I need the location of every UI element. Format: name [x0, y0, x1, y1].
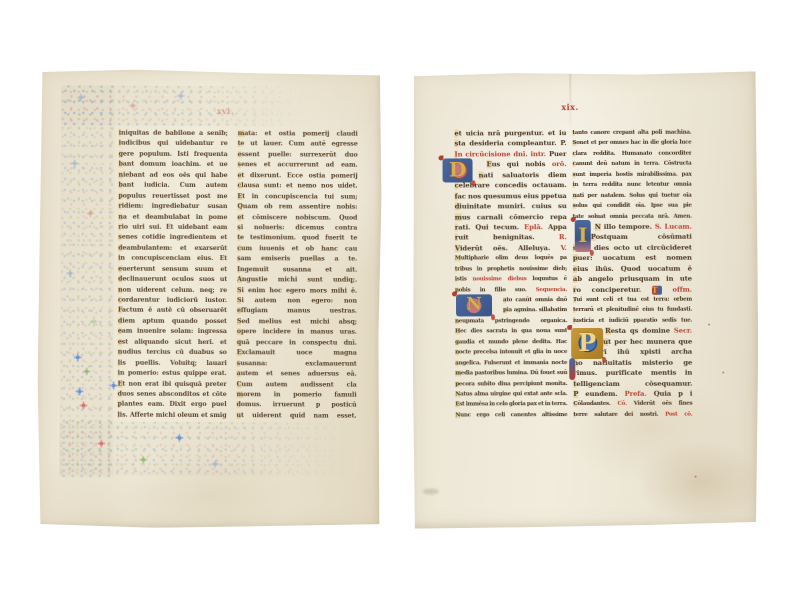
manuscript-text-line: pecora subito diua percipiunt monita.	[455, 379, 567, 390]
manuscript-text-line: iusticia et iudiciū pparatio sedis tue.	[573, 316, 692, 327]
body-text: pecora subito diua percipiunt monita.	[455, 381, 567, 387]
body-text: Factum ē autē cū obseruarēt	[118, 307, 227, 314]
manuscript-text-line: et cōmiscere nobiscum. Quod	[237, 213, 357, 224]
illuminated-initial-d: D	[443, 158, 473, 182]
manuscript-text-line: tanto canore crepant alta poli machina.	[572, 128, 691, 139]
body-text: ut uiderent quid nam esset.	[236, 412, 356, 420]
manuscript-text-line: media pastoribus lumina. Dū fouet suū	[455, 368, 567, 379]
manuscript-text-line: plantes eam. Dixit ergo puel	[118, 400, 227, 411]
body-text: euerterunt sensum suum et	[118, 265, 227, 272]
manuscript-text-line: in concupiscenciam eius. Et	[118, 254, 227, 265]
text-column-left-1: iniquitas de babilone a senib;iudicibus …	[117, 129, 227, 422]
manuscript-text-line: quā peccare in conspectu dnī.	[237, 338, 357, 349]
manuscript-text-line: opere incidere in manus uras.	[237, 327, 357, 338]
body-text: et cōmiscere nobiscum. Quod	[237, 214, 357, 222]
body-text: Hec dies sacrata in qua noua sunt	[455, 328, 567, 334]
manuscript-text-line: Factum ē autē cū obseruarēt	[118, 306, 227, 317]
manuscript-text-line: P eundem. Prefa. Quia p i	[573, 389, 692, 400]
body-text: gere populum. Isti frequenta	[119, 150, 228, 157]
manuscript-text-line: Multipharie olim deus loquēs pa	[455, 253, 567, 264]
manuscript-text-line: sam emiseris puellas a te.	[237, 254, 357, 265]
body-text: nati saluatoris diem	[479, 171, 567, 179]
body-text: Si autem non egero: non	[237, 297, 357, 305]
text-column-left-2: mata: et ostia pomerij claudite ut lauer…	[236, 129, 357, 422]
body-text: clausa sunt: et nemo nos uidet.	[237, 182, 357, 190]
body-text: no natiuitatis misterio ge	[573, 358, 692, 366]
manuscript-text-line: morem in pomerio famuli	[237, 390, 357, 401]
manuscript-text-line: bant iudicia. Cum autem	[118, 181, 227, 192]
flower-ornament	[179, 94, 183, 98]
body-text: canunt deū natum in terra. Cōstructa	[573, 161, 692, 167]
manuscript-text-line: et dixerunt. Ecce ostia pomerij	[238, 171, 358, 182]
body-text: ut per hec munera que	[603, 337, 692, 345]
manuscript-text-line: Exclamauit uoce magna	[237, 348, 357, 359]
body-text: lis puellis. Voluitq; lauari	[118, 359, 227, 366]
body-text: morem in pomerio famuli	[237, 391, 357, 399]
body-text: et dixerunt. Ecce ostia pomerij	[238, 172, 358, 180]
body-text: senes cotidie ingredientem et	[118, 234, 227, 241]
body-text: mus carnali cōmercio repa	[455, 213, 567, 221]
body-text: Nunc ergo celi canentes altissime iubila…	[455, 412, 567, 421]
left-manuscript-leaf: xvi. iniquitas de babilone a senib;iudic…	[37, 69, 382, 528]
manuscript-text-line: cum iuuenis et ob hanc cau	[237, 244, 357, 255]
body-text: lis. Afferte michi oleum et smig	[117, 411, 226, 418]
body-text: terrarū et plenitudinē eius tu fundasti.	[573, 307, 692, 313]
body-text: Est immēsa in celo gloria pax et in terr…	[455, 401, 567, 407]
body-text: Natus alma uirgine qui extat ante scla.	[455, 391, 567, 397]
body-text: sunt imperia hostis mirabilissima. pax	[573, 171, 692, 177]
flower-ornament	[213, 462, 217, 466]
body-text: Quam ob rem assentire nobis:	[237, 203, 357, 211]
foxing-speck	[708, 324, 710, 326]
manuscript-text-line: neupmata pstringendo organica.	[455, 316, 567, 327]
body-text: tanto canore crepant alta poli machina.	[572, 130, 691, 136]
body-text: eius ihūs. Quod uocatum ē	[573, 264, 692, 272]
body-text: Multipharie olim deus loquēs pa	[455, 255, 567, 261]
illuminated-initial-i: I	[575, 220, 591, 252]
rubric-text: Eplā.	[524, 223, 548, 231]
body-text: ab angelo priusquam in ute	[573, 275, 692, 283]
folio-number: xix.	[561, 102, 578, 112]
manuscript-text-line: ut uiderent quid nam esset.	[236, 411, 356, 422]
pencil-smudge	[423, 489, 439, 495]
body-text: Et in concupiscencia tui sum;	[237, 193, 357, 201]
body-text: bant domum ioachim. et ue	[119, 161, 228, 168]
body-text: nati per natalem. Solus qui tuetur oīa	[573, 192, 692, 198]
body-text: rio uiri sui. Et uidebant eam	[118, 224, 227, 231]
manuscript-text-line: Si autem non egero: non	[237, 296, 357, 307]
manuscript-text-line: susanna: exclamauerunt	[237, 359, 357, 370]
manuscript-text-line: Sonet et per omnes hac in die gloria luc…	[572, 138, 691, 149]
body-text: et uicia nrā purgentur. et iu	[454, 129, 566, 137]
body-text: Eus qui nobis	[487, 160, 552, 168]
flower-ornament	[88, 211, 92, 215]
body-text: ato canūt omnia dnō	[503, 297, 567, 303]
manuscript-text-line: euerterunt sensum suum et	[118, 264, 227, 275]
body-text: in pomerio: estus quippe erat.	[118, 370, 227, 377]
body-text: Sonet et per omnes hac in die gloria luc…	[572, 140, 691, 146]
manuscript-text-line: diuinitate muniri. cuius su	[455, 201, 567, 212]
manuscript-text-line: ruit benignitas. R.	[455, 232, 567, 243]
flower-ornament	[73, 161, 77, 165]
manuscript-text-line: na et deambulabat in pome	[118, 212, 227, 223]
manuscript-text-line: Hec dies sacrata in qua noua sunt	[455, 326, 567, 337]
body-text: si nolueris: dicemus contra	[237, 224, 357, 232]
manuscript-text-line: sta desideria compleantur. P.	[454, 139, 566, 150]
body-text: rati. Qui tecum.	[455, 223, 524, 231]
body-text: opere incidere in manus uras.	[237, 328, 357, 336]
body-text: diuinitate muniri. cuius su	[455, 202, 567, 210]
body-text: essent puelle: surrexerūt duo	[238, 151, 358, 159]
body-text: nudius tercius cū duabus so	[118, 349, 227, 356]
body-text: autem et senes aduersus eā.	[237, 370, 357, 378]
body-text: nobis in filio suo.	[455, 287, 536, 293]
manuscript-text-line: non uiderent celum. neq; re	[118, 285, 227, 296]
manuscript-text-line: rati. Qui tecum. Eplā. Appa	[455, 222, 567, 233]
manuscript-text-line: istis nouissime diebus loquutus ē	[455, 274, 567, 285]
body-text: tate soluat omnia peccata nrā. Amen.	[573, 213, 692, 219]
manuscript-text-line: gaudia et mundo plene dedita. Hac	[455, 337, 567, 348]
manuscript-text-line: sunt imperia hostis mirabilissima. pax	[573, 169, 692, 180]
body-text: Quia p i	[654, 390, 693, 398]
manuscript-text-line: Cōlaudantes. Cō. Viderūt oēs fines	[573, 399, 692, 410]
flower-ornament	[177, 436, 181, 440]
body-text: solus qui condidit oīa. Ipse sua pie	[573, 203, 692, 209]
initial-p-flourish	[569, 358, 575, 380]
manuscript-text-line: ro conciperetur. T offm.	[573, 284, 692, 295]
body-text: senes et accurrerunt ad eam.	[238, 161, 358, 169]
body-text: cum iuuenis et ob hanc cau	[237, 245, 357, 253]
body-text: media pastoribus lumina. Dū fouet suū	[455, 370, 567, 376]
floral-border-bottom	[59, 421, 355, 476]
body-text: effugiam manus uestras.	[237, 308, 357, 316]
body-text: ro conciperetur.	[573, 285, 652, 293]
body-text: Et non erat ibi quisquā preter	[118, 380, 227, 387]
rubric-text: orō.	[552, 160, 567, 168]
body-text: Angustie michi sunt undiq;.	[237, 276, 357, 284]
manuscript-text-line: Cum autem audissent cla	[237, 380, 357, 391]
manuscript-text-line: rio uiri sui. Et uidebant eam	[118, 223, 227, 234]
body-text: bant iudicia. Cum autem	[118, 182, 227, 189]
body-text: Exclamauit uoce magna	[237, 349, 357, 357]
manuscript-text-line: ridiem: ingrediebatur susan	[118, 202, 227, 213]
body-text: quā peccare in conspectu dnī.	[237, 339, 357, 347]
rubric-text: V.	[561, 244, 567, 252]
body-text: duos senes absconditos et cōte	[118, 391, 227, 398]
body-text: Cum autem audissent cla	[237, 381, 357, 389]
body-text: in concupiscenciam eius. Et	[118, 255, 227, 262]
body-text: declinauerunt oculos suos ut	[118, 276, 227, 283]
foxing-speck	[722, 372, 724, 374]
manuscript-text-line: Quam ob rem assentire nobis:	[237, 202, 357, 213]
body-text: loquutus ē	[526, 276, 566, 282]
body-text: te ut lauer. Cum autē egresse	[238, 141, 358, 149]
body-text: eam inuenire solam: ingressa	[118, 328, 227, 335]
manuscript-text-line: lis. Afferte michi oleum et smig	[117, 410, 226, 421]
manuscript-text-line: rimus. purificate mentis in	[573, 368, 692, 379]
manuscript-text-line: terre salutare dei nostri. Post cō.	[573, 409, 692, 420]
body-text: istis	[455, 277, 473, 283]
body-text: ruit benignitas.	[455, 233, 559, 241]
body-text: pia agmina. sillabatim	[503, 308, 567, 314]
rubric-text: S. Lucam.	[655, 223, 692, 231]
body-text: nocte precelsa intonuit et glia in uoce	[455, 349, 567, 355]
rubric-text: Cō.	[618, 401, 634, 407]
flower-ornament	[82, 403, 86, 407]
manuscript-text-line: nati per natalem. Solus qui tuetur oīa	[573, 190, 692, 201]
flower-ornament	[131, 104, 135, 108]
body-text: fac nos quesumus eius ppetua	[455, 192, 567, 200]
manuscript-text-line: mus carnali cōmercio repa	[455, 212, 567, 223]
body-text: terre salutare dei nostri.	[573, 412, 665, 418]
manuscript-text-line: ab angelo priusquam in ute	[573, 274, 692, 285]
folio-number: xvi.	[217, 106, 234, 116]
manuscript-text-line: lis puellis. Voluitq; lauari	[118, 358, 227, 369]
body-text: deambulantem: et exarserūt	[118, 244, 227, 251]
manuscript-text-line: deambulantem: et exarserūt	[118, 243, 227, 254]
body-text: ridiem: ingrediebatur susan	[118, 203, 227, 210]
body-text: domus. irruerunt p posticū	[237, 401, 357, 409]
flower-ornament	[85, 369, 89, 373]
manuscript-text-line: si nolueris: dicemus contra	[237, 223, 357, 234]
manuscript-text-line: nocte precelsa intonuit et glia in uoce	[455, 347, 567, 358]
illuminated-initial-p: P	[571, 328, 603, 359]
rubric-text: Secr.	[674, 327, 692, 335]
manuscript-text-line: Sed melius est michi absq;	[237, 317, 357, 328]
body-text: Tui sunt celi et tua est terra: orbem	[573, 297, 692, 303]
manuscript-text-line: effugiam manus uestras.	[237, 307, 357, 318]
manuscript-text-line: telligenciam cōsequamur.	[573, 378, 692, 389]
manuscript-text-line: angelica. Fulserunt et immania nocte	[455, 358, 567, 369]
body-text: Resta qs domine	[605, 327, 674, 335]
body-text: Appa	[548, 223, 567, 231]
flower-ornament	[92, 319, 96, 323]
body-text: iusticia et iudiciū pparatio sedis tue.	[573, 318, 692, 324]
rubric-text: Prefa.	[625, 390, 654, 398]
small-gilt-initial: T	[652, 285, 662, 294]
body-text: gaudia et mundo plene dedita. Hac	[455, 339, 567, 345]
manuscript-text-line: diem aptum quando posset	[118, 316, 227, 327]
manuscript-text-line: te testimonium. quod fuerit te	[237, 233, 357, 244]
manuscript-text-line: autem et senes aduersus eā.	[237, 369, 357, 380]
manuscript-text-line: eius ihūs. Quod uocatum ē	[573, 263, 692, 274]
flower-ornament	[68, 271, 72, 275]
manuscript-text-line: canunt deū natum in terra. Cōstructa	[573, 159, 692, 170]
text-column-right-2: tanto canore crepant alta poli machina.S…	[572, 128, 692, 421]
body-text: rimus. purificate mentis in	[573, 369, 692, 377]
photograph-background: xvi. iniquitas de babilone a senib;iudic…	[0, 0, 800, 600]
manuscript-text-line: eam inuenire solam: ingressa	[118, 327, 227, 338]
manuscript-text-line: in pomerio: estus quippe erat.	[118, 369, 227, 380]
manuscript-text-line: Tui sunt celi et tua est terra: orbem	[573, 295, 692, 306]
manuscript-text-line: duos senes absconditos et cōte	[118, 390, 227, 401]
manuscript-text-line: declinauerunt oculos suos ut	[118, 275, 227, 286]
flower-ornament	[112, 384, 116, 388]
manuscript-text-line: bant domum ioachim. et ue	[119, 160, 228, 171]
manuscript-text-line: iniquitas de babilone a senib;	[119, 129, 228, 140]
body-text: diem aptum quando posset	[118, 317, 227, 324]
body-text: sam emiseris puellas a te.	[237, 255, 357, 263]
manuscript-text-line: nudius tercius cū duabus so	[118, 348, 227, 359]
manuscript-text-line: in terra reddita nunc letentur omnia	[573, 180, 692, 191]
manuscript-text-line: iudicibus qui uidebantur re	[119, 139, 228, 150]
manuscript-text-line: te ut lauer. Cum autē egresse	[238, 140, 358, 151]
manuscript-text-line: Viderūt oēs. Alleluya. V.	[455, 243, 567, 254]
manuscript-text-line: tribus in prophetis nouissime dieb;	[455, 264, 567, 275]
floral-border-top	[61, 85, 309, 126]
body-text: Si enim hoc egero mors mihi ē.	[237, 287, 357, 295]
manuscript-text-line: terrarū et plenitudinē eius tu fundasti.	[573, 305, 692, 316]
body-text: niebant ad eos oēs qui habe	[119, 171, 228, 178]
body-text: plantes eam. Dixit ergo puel	[118, 401, 227, 408]
body-text: angelica. Fulserunt et immania nocte	[455, 360, 567, 366]
manuscript-text-line: Ingemuit susanna et ait.	[237, 265, 357, 276]
manuscript-text-line: Et non erat ibi quisquā preter	[118, 379, 227, 390]
body-text: iniquitas de babilone a senib;	[119, 130, 228, 137]
body-text: neupmata pstringendo organica.	[455, 318, 567, 324]
manuscript-text-line: Angustie michi sunt undiq;.	[237, 275, 357, 286]
flower-ornament	[141, 458, 145, 462]
body-text: cordarentur iudiciorū iustor.	[118, 297, 227, 304]
manuscript-text-line: clausa sunt: et nemo nos uidet.	[237, 181, 357, 192]
manuscript-text-line: et uicia nrā purgentur. et iu	[454, 128, 566, 139]
illuminated-initial-n: N	[456, 294, 492, 316]
rubric-text: nouissime diebus	[473, 276, 527, 282]
manuscript-text-line: niebant ad eos oēs qui habe	[119, 170, 228, 181]
rubric-text: In circūcisione dnī. intr.	[454, 150, 548, 158]
rubric-text: Post cō.	[665, 411, 692, 417]
body-text: clara reddita. Humanato concorditer	[572, 151, 691, 157]
floral-border-left	[59, 85, 115, 477]
body-text: N illo tempore.	[595, 223, 655, 231]
manuscript-text-line: essent puelle: surrexerūt duo	[238, 150, 358, 161]
right-manuscript-leaf: xix. et uicia nrā purgentur. et iusta de…	[411, 71, 759, 528]
body-text: non uiderent celum. neq; re	[118, 286, 227, 293]
body-text: sta desideria compleantur. P.	[454, 140, 566, 148]
rubric-text: offm.	[662, 285, 692, 293]
manuscript-text-line: senes et accurrerunt ad eam.	[238, 160, 358, 171]
body-text: mata: et ostia pomerij claudi	[238, 130, 358, 138]
body-text: Cōlaudantes.	[573, 401, 617, 407]
manuscript-text-line: senes cotidie ingredientem et	[118, 233, 227, 244]
manuscript-text-line: clara reddita. Humanato concorditer	[572, 149, 691, 160]
manuscript-text-line: Si enim hoc egero mors mihi ē.	[237, 286, 357, 297]
manuscript-text-line: gere populum. Isti frequenta	[119, 149, 228, 160]
body-text: Viderūt oēs. Alleluya.	[455, 244, 561, 252]
flower-ornament	[79, 95, 83, 99]
manuscript-text-line: fac nos quesumus eius ppetua	[455, 191, 567, 202]
manuscript-text-line: cordarentur iudiciorū iustor.	[118, 296, 227, 307]
foxing-speck	[695, 476, 697, 478]
flower-ornament	[78, 389, 82, 393]
body-text: P eundem.	[573, 390, 624, 398]
body-text: tribus in prophetis nouissime dieb;	[455, 266, 567, 272]
manuscript-text-line: populus reuertisset post me	[118, 191, 227, 202]
manuscript-text-line: Nunc ergo celi canentes altissime iubila…	[455, 410, 567, 421]
body-text: na et deambulabat in pome	[118, 213, 227, 220]
rubric-text: Sequencia.	[536, 287, 567, 293]
body-text: Postquam cōsūmati	[591, 233, 692, 241]
manuscript-text-line: Natus alma uirgine qui extat ante scla.	[455, 389, 567, 400]
body-text: iudicibus qui uidebantur re	[119, 140, 228, 147]
manuscript-text-line: solus qui condidit oīa. Ipse sua pie	[573, 201, 692, 212]
manuscript-text-line: Et in concupiscencia tui sum;	[237, 192, 357, 203]
flower-ornament	[99, 442, 103, 446]
body-text: Ingemuit susanna et ait.	[237, 266, 357, 274]
flower-ornament	[76, 355, 80, 359]
body-text: Sed melius est michi absq;	[237, 318, 357, 326]
manuscript-text-line: domus. irruerunt p posticū	[237, 400, 357, 411]
manuscript-text-line: est aliquando sicut heri. et	[118, 337, 227, 348]
manuscript-text-line: mata: et ostia pomerij claudi	[238, 129, 358, 140]
rubric-text: R.	[559, 233, 567, 241]
body-text: telligenciam cōsequamur.	[573, 379, 692, 387]
right-leaf-surface: xix. et uicia nrā purgentur. et iusta de…	[411, 71, 759, 528]
body-text: Viderūt oēs fines	[634, 401, 693, 407]
manuscript-text-line: tate soluat omnia peccata nrā. Amen.	[573, 211, 692, 222]
body-text: est aliquando sicut heri. et	[118, 338, 227, 345]
body-text: te testimonium. quod fuerit te	[237, 234, 357, 242]
left-leaf-surface: xvi. iniquitas de babilone a senib;iudic…	[37, 69, 382, 528]
body-text: in terra reddita nunc letentur omnia	[573, 182, 692, 188]
manuscript-text-line: Est immēsa in celo gloria pax et in terr…	[455, 399, 567, 410]
body-text: populus reuertisset post me	[118, 192, 227, 199]
body-text: susanna: exclamauerunt	[237, 360, 357, 368]
